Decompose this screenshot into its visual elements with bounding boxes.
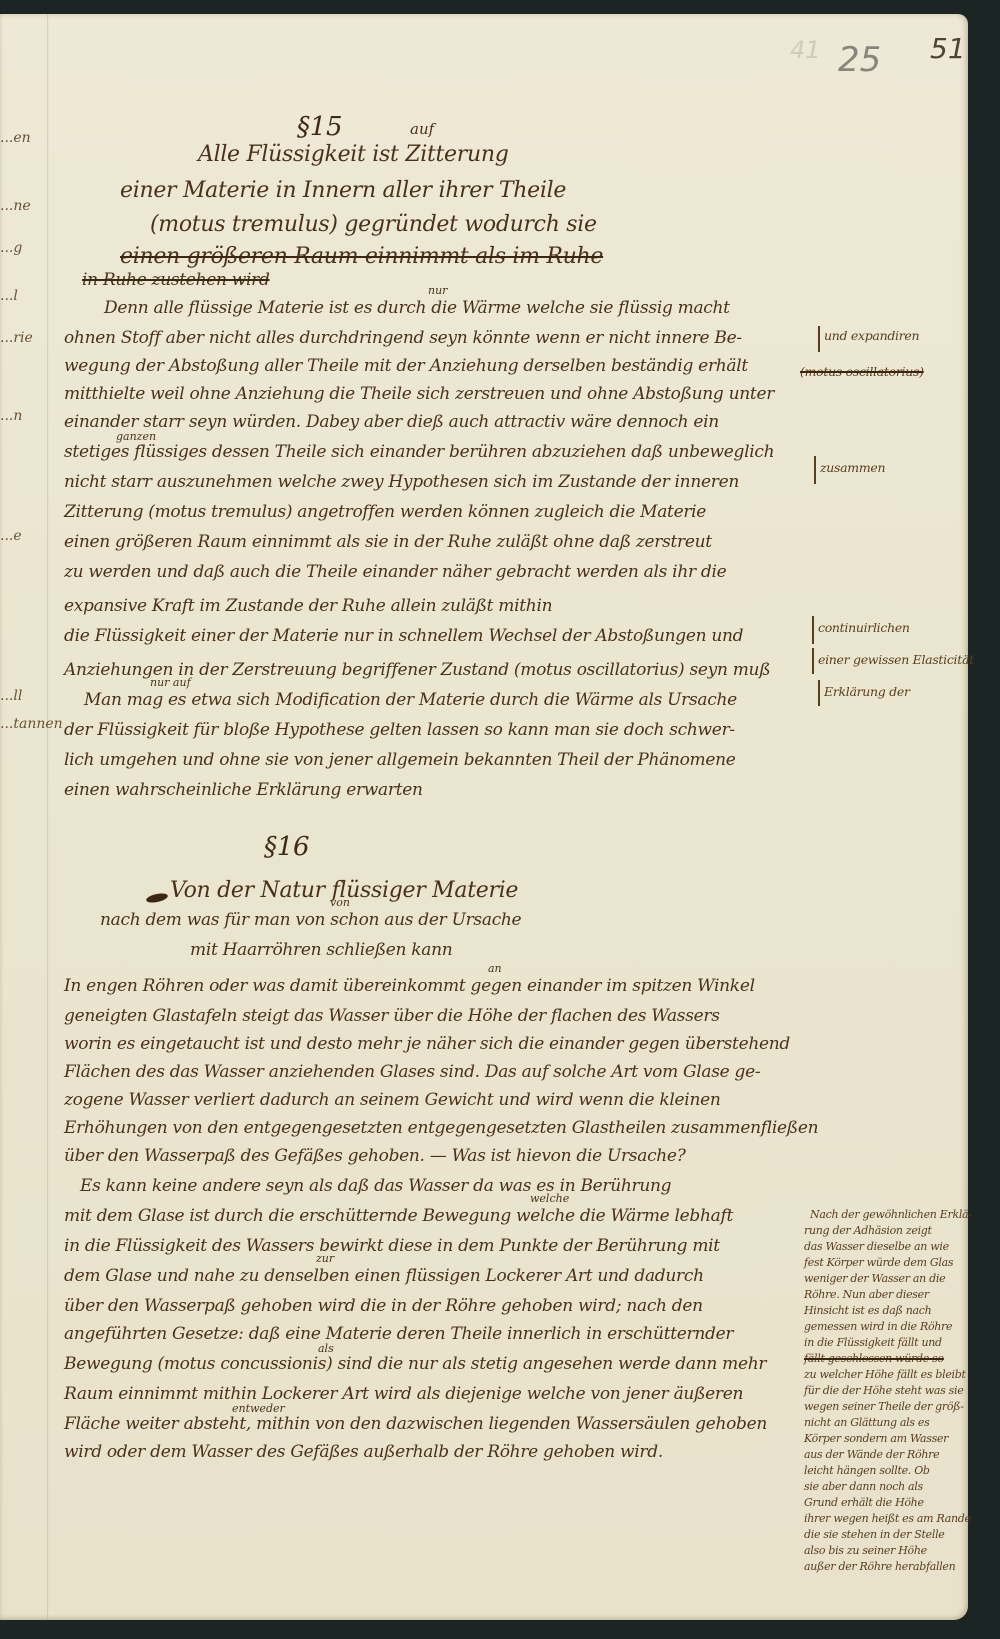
body-line: Fläche weiter absteht, mithin von den da… [64,1414,767,1434]
margin-line: gemessen wird in die Röhre [804,1320,952,1333]
margin-line: aus der Wände der Röhre [804,1448,939,1461]
body-line: Raum einnimmt mithin Lockerer Art wird a… [64,1384,743,1404]
title-insertion: auf [410,120,434,138]
margin-bracket [814,456,816,484]
body-line: Erhöhungen von den entgegengesetzten ent… [64,1118,818,1138]
body-line: über den Wasserpaß gehoben wird die in d… [64,1296,703,1316]
body-line: stetiges flüssiges dessen Theile sich ei… [64,442,774,462]
body-line: wegung der Abstoßung aller Theile mit de… [64,356,748,376]
margin-bracket [812,616,814,644]
body-line: mit dem Glase ist durch die erschütternd… [64,1206,733,1226]
margin-line: in die Flüssigkeit fällt und [804,1336,942,1349]
left-fragment: ...ll [0,688,22,704]
margin-line: weniger der Wasser an die [804,1272,945,1285]
margin-line: das Wasser dieselbe an wie [804,1240,949,1253]
margin-note: continuirlichen [818,620,910,635]
title-line-struck: in Ruhe zustehen wird [82,270,270,290]
left-fragment: ...l [0,288,18,304]
margin-line: also bis zu seiner Höhe [804,1544,927,1557]
insertion: zur [316,1252,334,1265]
margin-line: Röhre. Nun aber dieser [804,1288,929,1301]
body-line: über den Wasserpaß des Gefäßes gehoben. … [64,1146,686,1166]
margin-line: außer der Röhre herabfallen [804,1560,955,1573]
margin-line: ihrer wegen heißt es am Rande [804,1512,971,1525]
margin-line: leicht hängen sollte. Ob [804,1464,930,1477]
margin-note: (motus oscillatorius) [800,364,924,379]
body-line: ohnen Stoff aber nicht alles durchdringe… [64,328,742,348]
margin-line: nicht an Glättung als es [804,1416,930,1429]
section-number: §16 [264,832,309,862]
insertion: nur [428,284,447,297]
body-line: zu werden und daß auch die Theile einand… [64,562,726,582]
body-line: geneigten Glastafeln steigt das Wasser ü… [64,1006,720,1026]
left-fragment: ...tannen [0,716,63,732]
margin-line: Nach der gewöhnlichen Erklä- [810,1208,972,1221]
folio-number-faint: 41 [790,36,821,64]
body-line: einen größeren Raum einnimmt als sie in … [64,532,712,552]
binding-fold [47,14,49,1620]
body-line: Es kann keine andere seyn als daß das Wa… [80,1176,671,1196]
margin-line: die sie stehen in der Stelle [804,1528,945,1541]
body-line: lich umgehen und ohne sie von jener allg… [64,750,736,770]
folio-number-ink: 51 [930,32,966,65]
margin-line: für die der Höhe steht was sie [804,1384,963,1397]
margin-line: zu welcher Höhe fällt es bleibt [804,1368,966,1381]
body-line: die Flüssigkeit einer der Materie nur in… [64,626,743,646]
body-line: expansive Kraft im Zustande der Ruhe all… [64,596,552,616]
margin-line: sie aber dann noch als [804,1480,923,1493]
margin-note: und expandiren [824,328,919,343]
body-line: worin es eingetaucht ist und desto mehr … [64,1034,790,1054]
body-line: der Flüssigkeit für bloße Hypothese gelt… [64,720,735,740]
margin-note: zusammen [820,460,885,475]
body-line: In engen Röhren oder was damit übereinko… [64,976,755,996]
body-line: zogene Wasser verliert dadurch an seinem… [64,1090,721,1110]
margin-note: Erklärung der [824,684,910,699]
left-fragment: ...ne [0,198,31,214]
left-fragment: ...rie [0,330,33,346]
margin-line: Hinsicht ist es daß nach [804,1304,931,1317]
margin-line: Körper sondern am Wasser [804,1432,948,1445]
body-line: Bewegung (motus concussionis) sind die n… [64,1354,766,1374]
body-line: einen wahrscheinliche Erklärung erwarten [64,780,423,800]
insertion: nur auf [150,676,191,689]
body-line: angeführten Gesetze: daß eine Materie de… [64,1324,733,1344]
body-line: Flächen des das Wasser anziehenden Glase… [64,1062,760,1082]
body-line: in die Flüssigkeit des Wassers bewirkt d… [64,1236,720,1256]
body-line: dem Glase und nahe zu denselben einen fl… [64,1266,704,1286]
body-line: Zitterung (motus tremulus) angetroffen w… [64,502,706,522]
left-fragment: ...en [0,130,31,146]
margin-note: einer gewissen Elasticität [818,652,974,667]
title-line: einer Materie in Innern aller ihrer Thei… [120,178,566,203]
margin-line: fällt geschlossen würde so [804,1352,944,1365]
margin-line: fest Körper würde dem Glas [804,1256,953,1269]
title-insertion: von [330,896,350,909]
body-line: mitthielte weil ohne Anziehung die Theil… [64,384,774,404]
title-line: mit Haarröhren schließen kann [190,940,452,960]
insertion: welche [530,1192,569,1205]
margin-line: Grund erhält die Höhe [804,1496,924,1509]
title-line: Alle Flüssigkeit ist Zitterung [198,142,508,167]
left-fragment: ...g [0,240,22,256]
margin-bracket [812,648,814,674]
margin-line: wegen seiner Theile der größ- [804,1400,964,1413]
left-fragment: ...n [0,408,22,424]
body-line: Denn alle flüssige Materie ist es durch … [104,298,730,318]
body-line: wird oder dem Wasser des Gefäßes außerha… [64,1442,663,1462]
title-line-struck: einen größeren Raum einnimmt als im Ruhe [120,244,603,269]
body-line: einander starr seyn würden. Dabey aber d… [64,412,719,432]
margin-bracket [818,326,820,352]
margin-bracket [818,680,820,706]
left-fragment: ...e [0,528,22,544]
title-line: (motus tremulus) gegründet wodurch sie [150,212,597,237]
body-line: Man mag es etwa sich Modification der Ma… [84,690,737,710]
title-line: nach dem was für man von schon aus der U… [100,910,521,930]
margin-line: rung der Adhäsion zeigt [804,1224,932,1237]
insertion: an [488,962,502,975]
folio-number-pencil: 25 [838,40,881,80]
body-line: nicht starr auszunehmen welche zwey Hypo… [64,472,739,492]
section-number: §15 [297,112,342,142]
